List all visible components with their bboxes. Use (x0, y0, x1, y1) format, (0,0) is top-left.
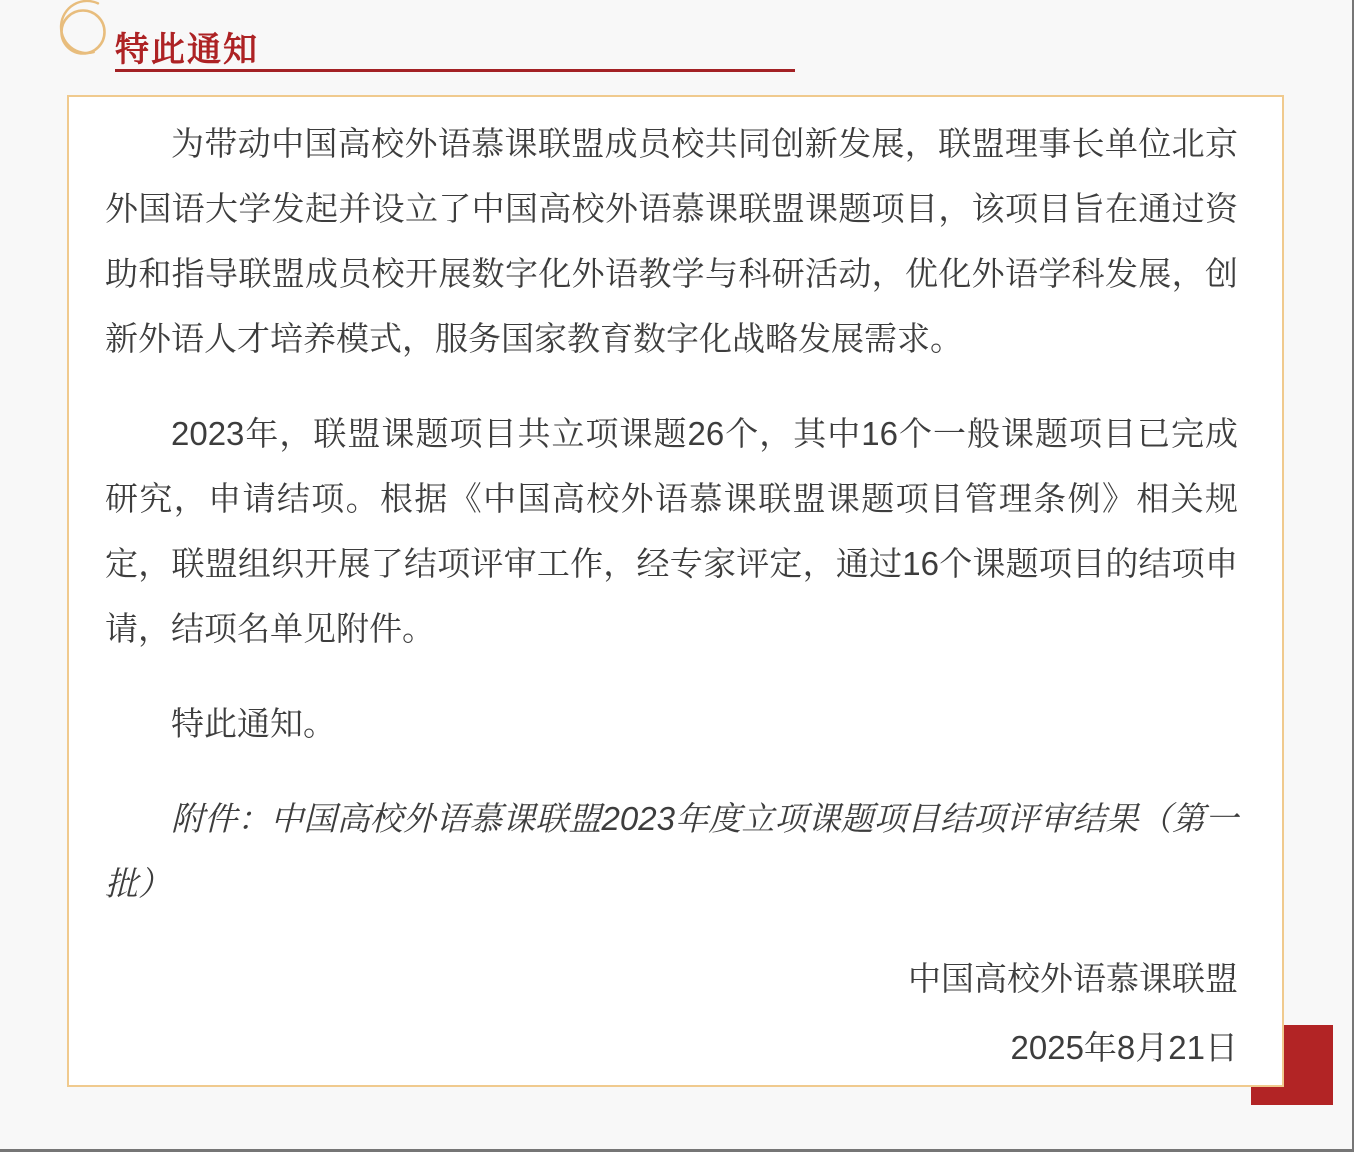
ring-decoration-icon (57, 0, 113, 62)
notice-paragraph-3: 特此通知。 (105, 691, 1238, 756)
notice-page: 特此通知 为带动中国高校外语慕课联盟成员校共同创新发展，联盟理事长单位北京外国语… (0, 0, 1354, 1152)
title-underline (115, 69, 795, 72)
notice-paragraph-2: 2023年，联盟课题项目共立项课题26个，其中16个一般课题项目已完成研究，申请… (105, 401, 1238, 661)
notice-paragraph-1: 为带动中国高校外语慕课联盟成员校共同创新发展，联盟理事长单位北京外国语大学发起并… (105, 111, 1238, 371)
notice-body: 为带动中国高校外语慕课联盟成员校共同创新发展，联盟理事长单位北京外国语大学发起并… (67, 95, 1284, 1087)
page-title: 特此通知 (115, 22, 259, 71)
signature-date: 2025年8月21日 (105, 1015, 1238, 1080)
signature-organization: 中国高校外语慕课联盟 (105, 946, 1238, 1011)
attachment-line: 附件：中国高校外语慕课联盟2023年度立项课题项目结项评审结果（第一批） (105, 786, 1238, 916)
